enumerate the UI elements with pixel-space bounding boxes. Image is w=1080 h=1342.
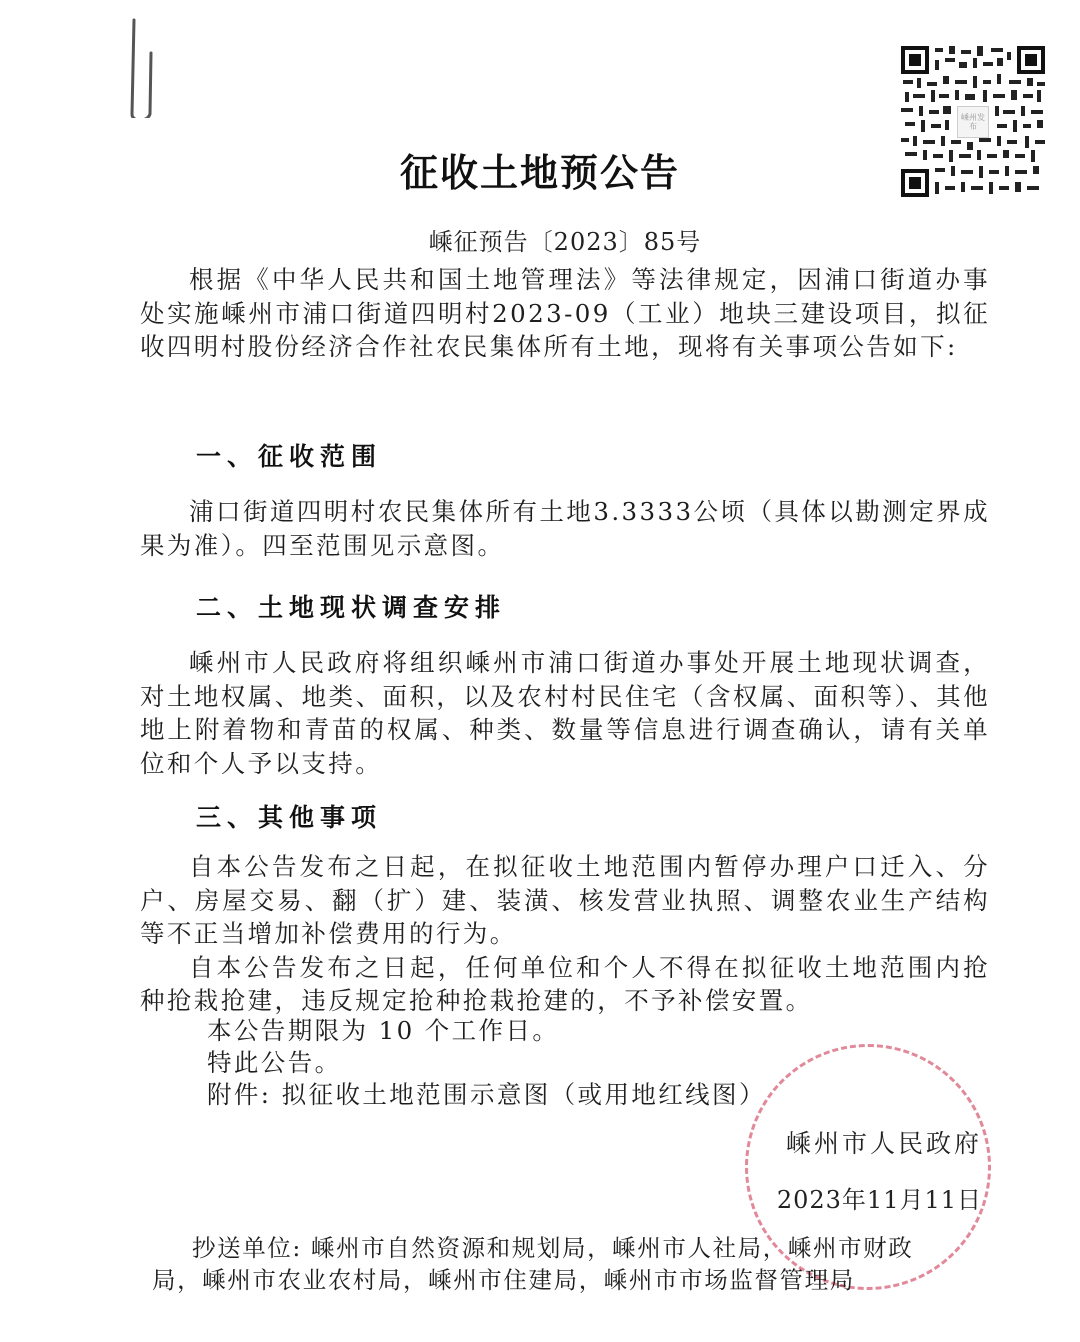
cc-block: 抄送单位: 嵊州市自然资源和规划局，嵊州市人社局，嵊州市财政 局，嵊州市农业农村… (152, 1232, 1012, 1296)
survey-paragraph: 嵊州市人民政府将组织嵊州市浦口街道办事处开展土地现状调查，对土地权属、地类、面积… (140, 646, 990, 780)
section-heading-survey: 二、土地现状调查安排 (196, 588, 506, 624)
other-paragraph-2: 自本公告发布之日起，任何单位和个人不得在拟征收土地范围内抢种抢栽抢建，违反规定抢… (140, 951, 990, 1018)
paperclip-icon (126, 18, 162, 118)
page-title: 征收土地预公告 (0, 142, 1080, 197)
period-line: 本公告期限为 10 个工作日。 (207, 1012, 559, 1047)
section-survey-body: 嵊州市人民政府将组织嵊州市浦口街道办事处开展土地现状调查，对土地权属、地类、面积… (140, 646, 990, 780)
scope-paragraph: 浦口街道四明村农民集体所有土地3.3333公顷（具体以勘测定界成果为准）。四至范… (140, 495, 990, 562)
other-paragraph-1: 自本公告发布之日起，在拟征收土地范围内暂停办理户口迁入、分户、房屋交易、翻（扩）… (140, 850, 990, 951)
section-scope-body: 浦口街道四明村农民集体所有土地3.3333公顷（具体以勘测定界成果为准）。四至范… (140, 495, 990, 562)
qr-logo: 嵊州发布 (957, 106, 989, 138)
intro-paragraph: 根据《中华人民共和国土地管理法》等法律规定，因浦口街道办事处实施嵊州市浦口街道四… (140, 263, 990, 364)
intro-block: 根据《中华人民共和国土地管理法》等法律规定，因浦口街道办事处实施嵊州市浦口街道四… (140, 263, 990, 364)
issue-date: 2023年11月11日 (777, 1180, 982, 1215)
section-heading-scope: 一、征收范围 (196, 437, 382, 473)
cc-line-1: 抄送单位: 嵊州市自然资源和规划局，嵊州市人社局，嵊州市财政 (152, 1232, 1012, 1264)
section-other-body: 自本公告发布之日起，在拟征收土地范围内暂停办理户口迁入、分户、房屋交易、翻（扩）… (140, 850, 990, 1018)
attachment-line: 附件: 拟征收土地范围示意图（或用地红线图） (207, 1076, 766, 1111)
issuing-authority: 嵊州市人民政府 (786, 1124, 982, 1160)
document-number: 嵊征预告〔2023〕85号 (0, 222, 1080, 257)
closing-line: 特此公告。 (207, 1044, 342, 1079)
cc-line-2: 局，嵊州市农业农村局，嵊州市住建局，嵊州市市场监督管理局 (152, 1264, 1012, 1296)
section-heading-other: 三、其他事项 (196, 798, 382, 834)
